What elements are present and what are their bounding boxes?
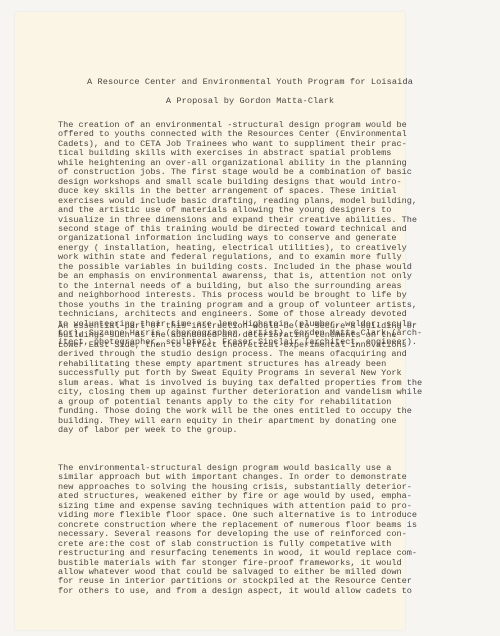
paragraph-building-acquisition: An essential part of this instruction wo… [58, 322, 498, 435]
document-subtitle: A Proposal by Gordon Matta-Clark [0, 96, 500, 106]
text-line: day of labor per week to the group. [58, 426, 498, 435]
paragraph-design-approach: The environmental-structural design prog… [58, 464, 498, 596]
document-title: A Resource Center and Environmental Yout… [0, 77, 500, 87]
paragraph-program-overview: The creation of an environmental -struct… [58, 121, 498, 348]
text-line: for others to use, and from a design asp… [58, 587, 498, 596]
